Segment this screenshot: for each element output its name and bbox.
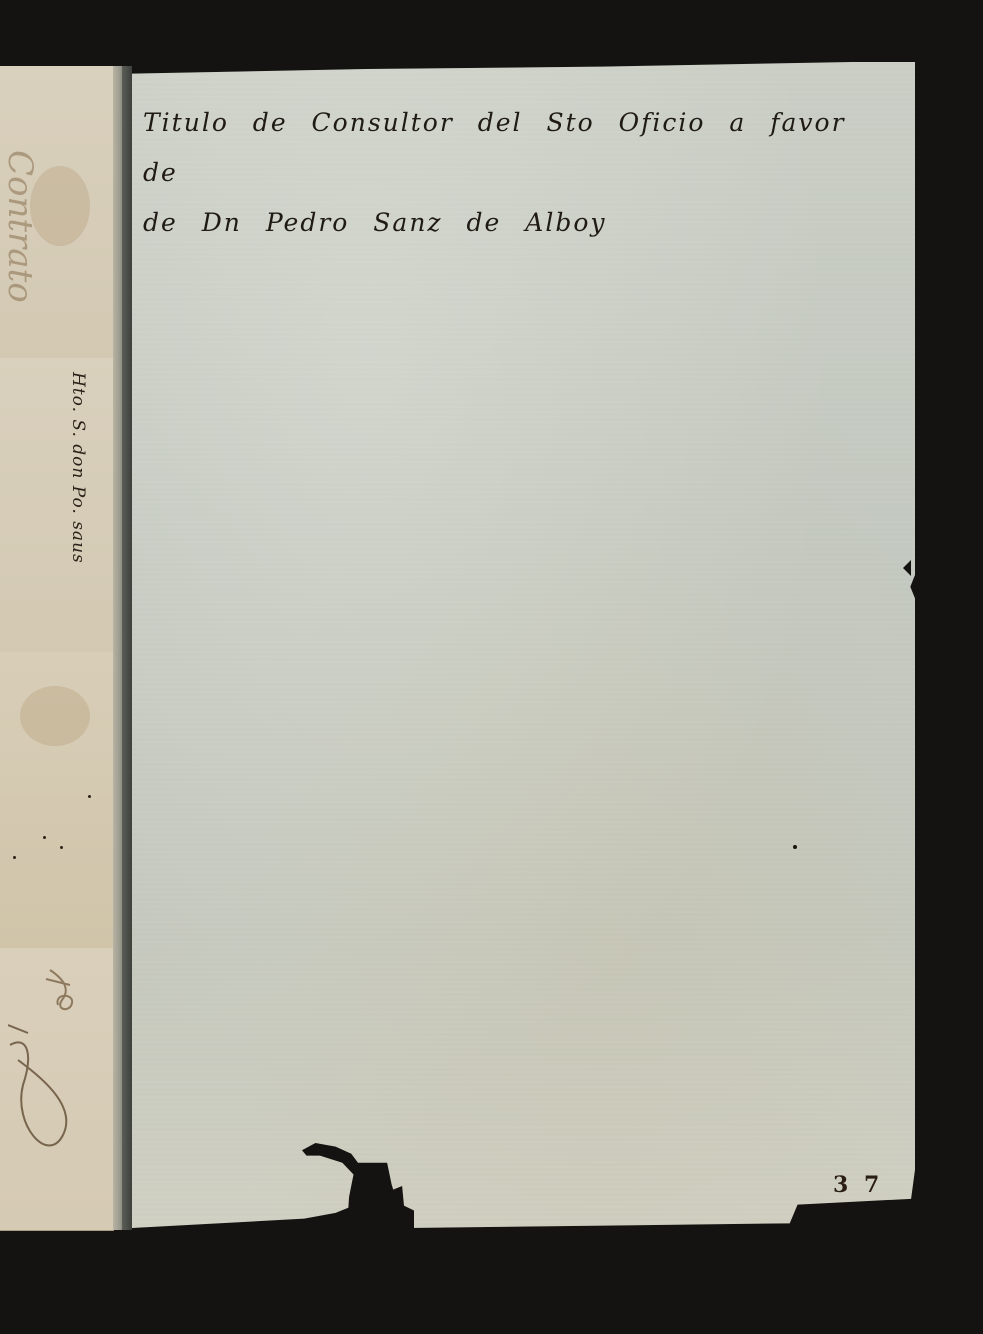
title-line-1: Titulo de Consultor del Sto Oficio a fav…: [143, 98, 873, 198]
binding-spine: [122, 66, 132, 1230]
vertical-endorsement-note: Hto. S. don Po. saus: [68, 372, 88, 564]
title-line-2: de Dn Pedro Sanz de Alboy: [143, 198, 873, 248]
packet-panel-2: [0, 358, 114, 653]
handwritten-title: Titulo de Consultor del Sto Oficio a fav…: [143, 98, 873, 248]
stain: [20, 686, 90, 746]
ink-speck: [793, 845, 797, 849]
edge-notch: [903, 560, 911, 576]
ink-speck: [13, 856, 16, 859]
ink-speck: [43, 836, 46, 839]
ink-speck: [88, 795, 91, 798]
folio-marks: 3 7: [833, 1172, 883, 1198]
ink-speck: [60, 846, 63, 849]
bleedthrough-text: Contrato: [0, 150, 40, 303]
signature-flourish-icon: [8, 1005, 78, 1155]
